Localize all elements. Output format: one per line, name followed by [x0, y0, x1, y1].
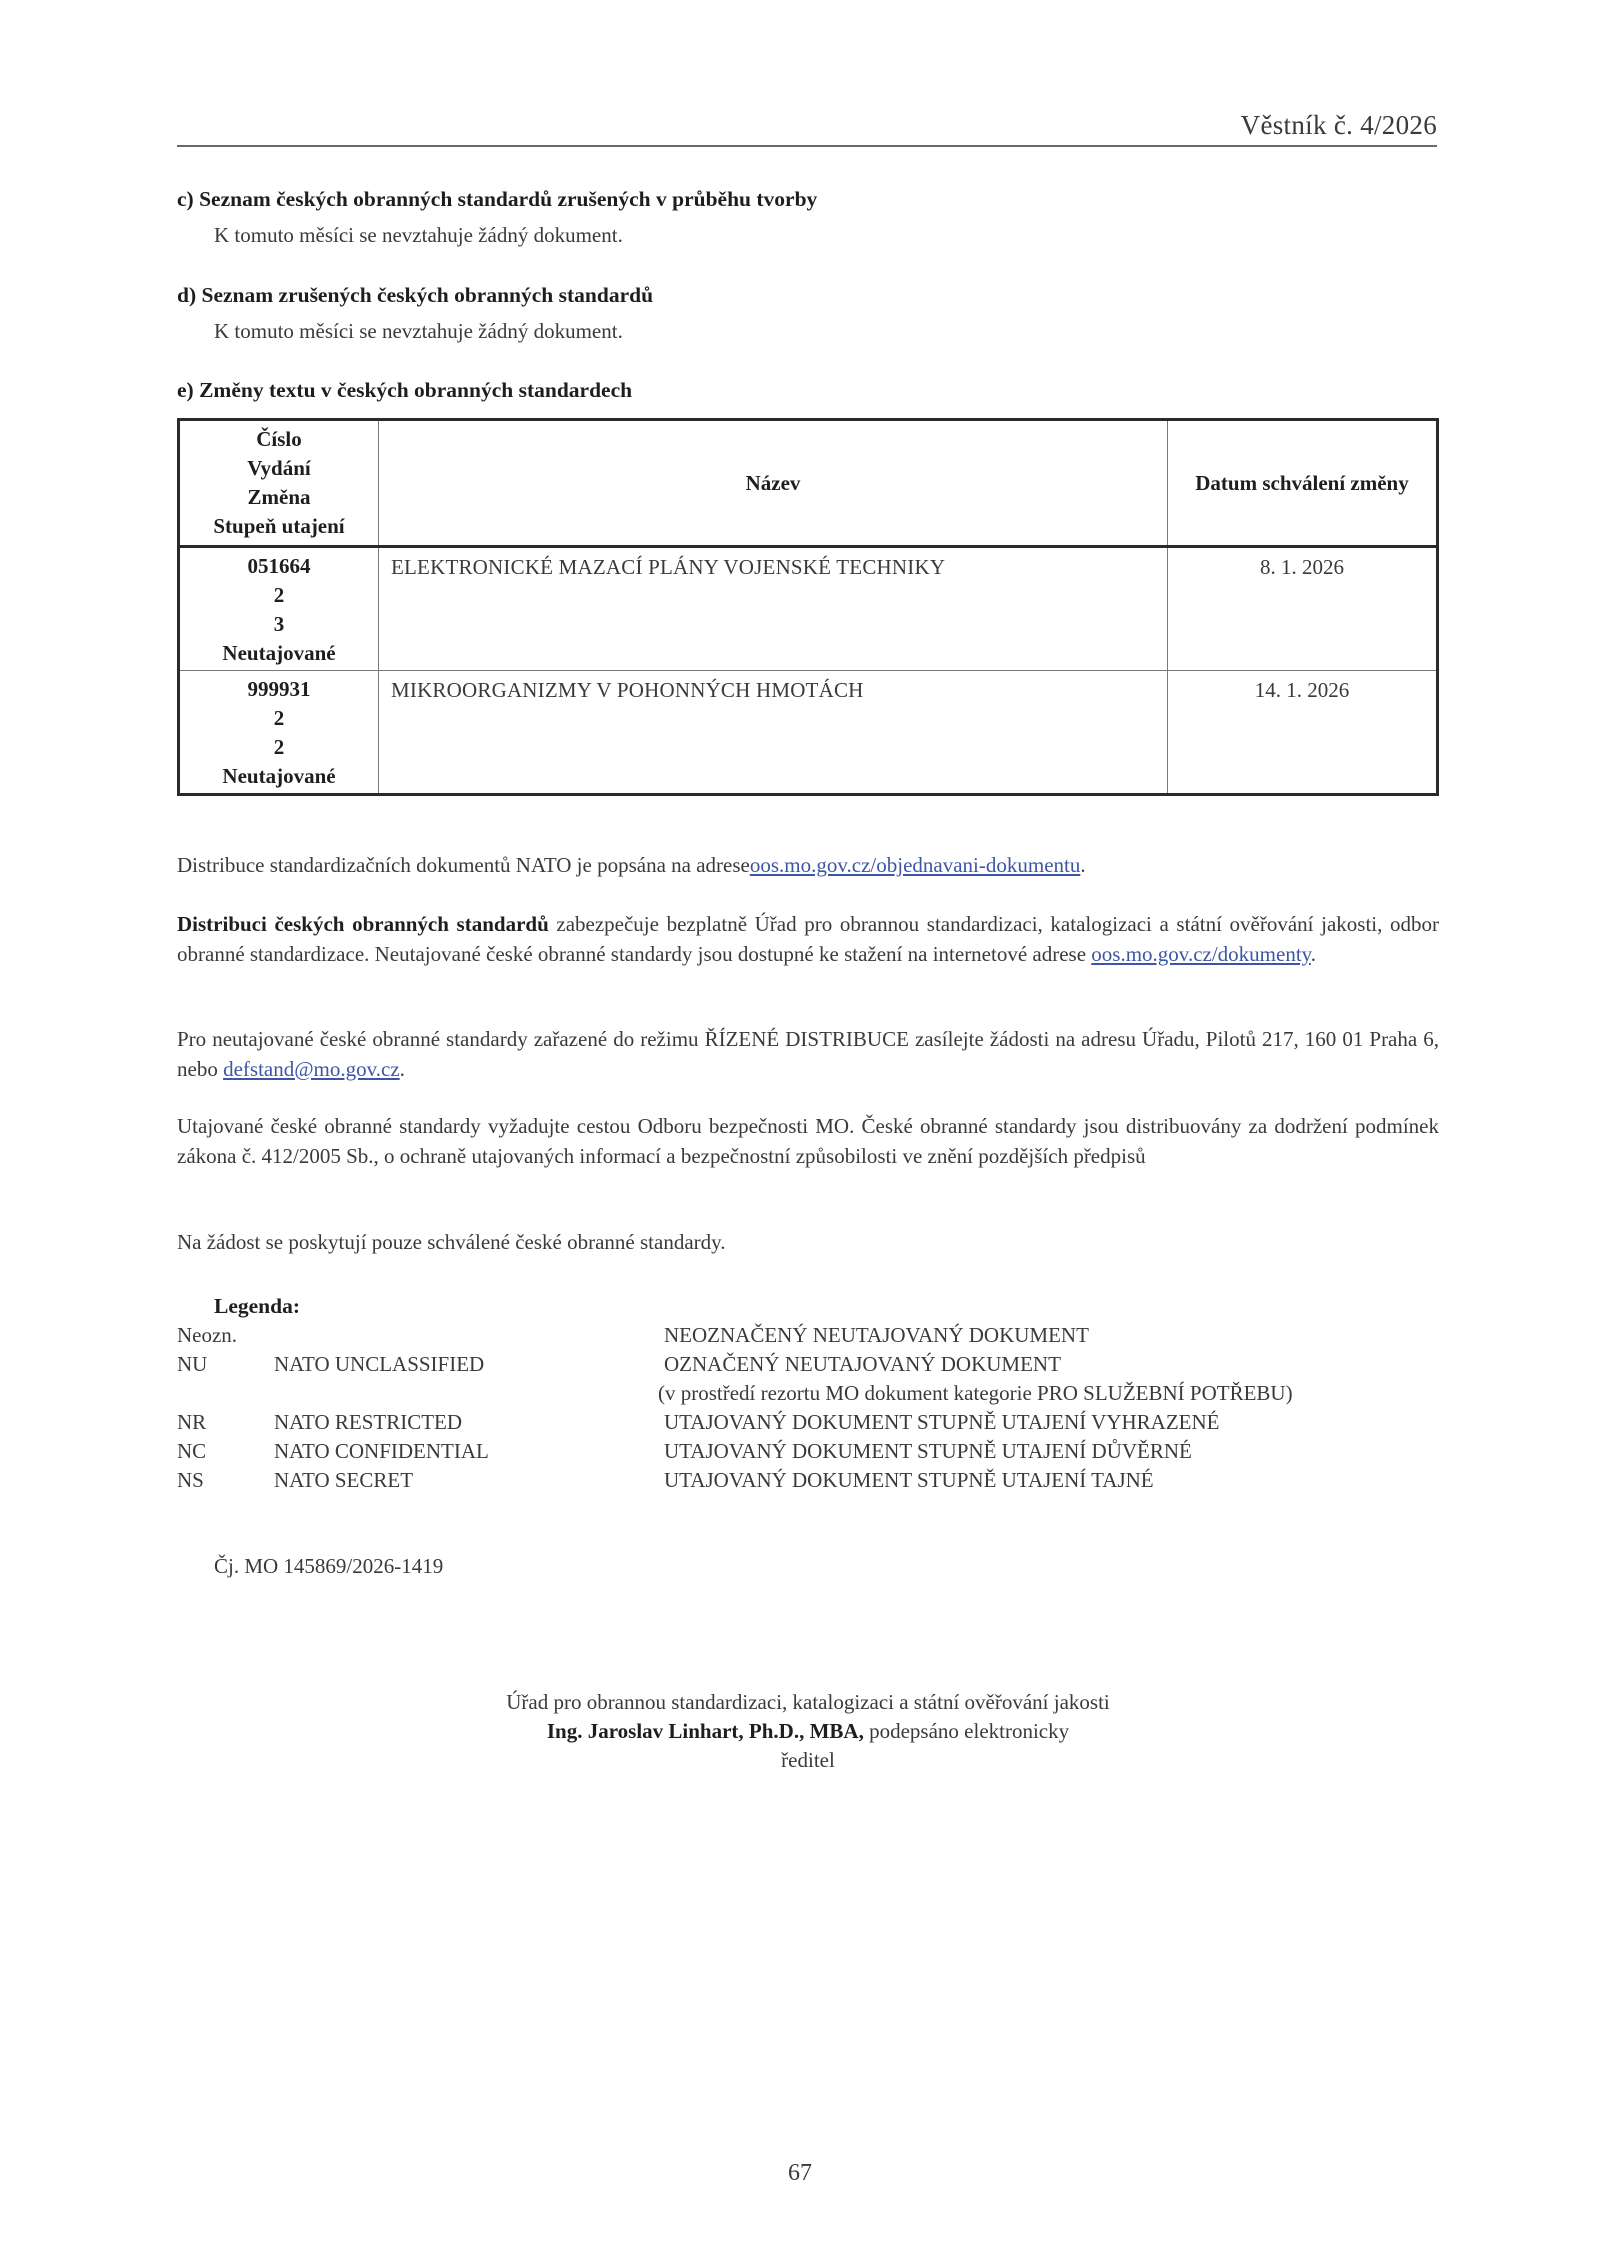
email-link[interactable]: defstand@mo.gov.cz — [223, 1057, 400, 1081]
classified-paragraph: Utajované české obranné standardy vyžadu… — [177, 1112, 1439, 1171]
header-number-block: Číslo Vydání Změna Stupeň utajení — [179, 420, 379, 547]
header-classification: Stupeň utajení — [180, 512, 378, 541]
header-change: Změna — [180, 483, 378, 512]
documents-link[interactable]: oos.mo.gov.cz/dokumenty — [1091, 942, 1311, 966]
signatory-role: ředitel — [177, 1748, 1439, 1773]
nato-distribution-text: Distribuce standardizačních dokumentů NA… — [177, 853, 750, 877]
header-name: Název — [379, 420, 1168, 547]
edition: 2 — [180, 581, 378, 610]
cos-distribution-paragraph: Distribuci českých obranných standardů z… — [177, 910, 1439, 969]
legend-row: NU NATO UNCLASSIFIED OZNAČENÝ NEUTAJOVAN… — [177, 1352, 1439, 1381]
punctuation: . — [1080, 853, 1085, 877]
legend-description: UTAJOVANÝ DOKUMENT STUPNĚ UTAJENÍ DŮVĚRN… — [664, 1439, 1192, 1464]
signature-office: Úřad pro obrannou standardizaci, katalog… — [177, 1690, 1439, 1715]
controlled-distribution-paragraph: Pro neutajované české obranné standardy … — [177, 1025, 1439, 1084]
edition: 2 — [180, 704, 378, 733]
section-heading-e: e) Změny textu v českých obranných stand… — [177, 378, 632, 403]
standard-name: MIKROORGANIZMY V POHONNÝCH HMOTÁCH — [379, 671, 1168, 795]
legend-nato: NATO RESTRICTED — [274, 1410, 462, 1435]
legend-code: NR — [177, 1410, 206, 1435]
page-number: 67 — [0, 2160, 1600, 2187]
header-date: Datum schválení změny — [1168, 420, 1438, 547]
table-header-row: Číslo Vydání Změna Stupeň utajení Název … — [179, 420, 1438, 547]
standard-name: ELEKTRONICKÉ MAZACÍ PLÁNY VOJENSKÉ TECHN… — [379, 547, 1168, 671]
legend-title: Legenda: — [214, 1294, 300, 1319]
legend-code: Neozn. — [177, 1323, 237, 1348]
section-note-d: K tomuto měsíci se nevztahuje žádný doku… — [214, 319, 623, 344]
legend-description: (v prostředí rezortu MO dokument kategor… — [658, 1381, 1293, 1406]
standard-number: 051664 — [180, 552, 378, 581]
number-cell: 999931 2 2 Neutajované — [179, 671, 379, 795]
legend-nato: NATO CONFIDENTIAL — [274, 1439, 489, 1464]
header-edition: Vydání — [180, 454, 378, 483]
legend-description: OZNAČENÝ NEUTAJOVANÝ DOKUMENT — [664, 1352, 1061, 1377]
section-note-c: K tomuto měsíci se nevztahuje žádný doku… — [214, 223, 623, 248]
section-heading-c: c) Seznam českých obranných standardů zr… — [177, 187, 817, 212]
header-divider — [177, 145, 1437, 147]
approval-date: 14. 1. 2026 — [1168, 671, 1438, 795]
reference-number: Čj. MO 145869/2026-1419 — [214, 1554, 443, 1579]
changes-table: Číslo Vydání Změna Stupeň utajení Název … — [177, 418, 1439, 796]
nato-distribution-paragraph: Distribuce standardizačních dokumentů NA… — [177, 851, 1439, 881]
change: 2 — [180, 733, 378, 762]
section-heading-d: d) Seznam zrušených českých obranných st… — [177, 283, 653, 308]
legend-row: NR NATO RESTRICTED UTAJOVANÝ DOKUMENT ST… — [177, 1410, 1439, 1439]
approval-date: 8. 1. 2026 — [1168, 547, 1438, 671]
nato-ordering-link[interactable]: oos.mo.gov.cz/objednavani-dokumentu — [750, 853, 1080, 877]
punctuation: . — [1311, 942, 1316, 966]
cos-distribution-bold: Distribuci českých obranných standardů — [177, 912, 549, 936]
table-row: 999931 2 2 Neutajované MIKROORGANIZMY V … — [179, 671, 1438, 795]
classification: Neutajované — [180, 762, 378, 791]
classification: Neutajované — [180, 639, 378, 668]
signed-note: podepsáno elektronicky — [864, 1719, 1069, 1743]
punctuation: . — [400, 1057, 405, 1081]
legend-nato: NATO UNCLASSIFIED — [274, 1352, 484, 1377]
legend-code: NU — [177, 1352, 207, 1377]
bulletin-title: Věstník č. 4/2026 — [1241, 110, 1437, 141]
legend-row: Neozn. NEOZNAČENÝ NEUTAJOVANÝ DOKUMENT — [177, 1323, 1439, 1352]
legend-description: NEOZNAČENÝ NEUTAJOVANÝ DOKUMENT — [664, 1323, 1089, 1348]
legend-code: NS — [177, 1468, 204, 1493]
legend-nato: NATO SECRET — [274, 1468, 413, 1493]
signature-line: Ing. Jaroslav Linhart, Ph.D., MBA, podep… — [177, 1719, 1439, 1744]
change: 3 — [180, 610, 378, 639]
header-number: Číslo — [180, 425, 378, 454]
legend-description: UTAJOVANÝ DOKUMENT STUPNĚ UTAJENÍ VYHRAZ… — [664, 1410, 1219, 1435]
table-row: 051664 2 3 Neutajované ELEKTRONICKÉ MAZA… — [179, 547, 1438, 671]
legend-row-note: (v prostředí rezortu MO dokument kategor… — [177, 1381, 1439, 1410]
approved-only-paragraph: Na žádost se poskytují pouze schválené č… — [177, 1228, 1439, 1258]
signatory-name: Ing. Jaroslav Linhart, Ph.D., MBA, — [547, 1719, 864, 1743]
standard-number: 999931 — [180, 675, 378, 704]
legend-code: NC — [177, 1439, 206, 1464]
legend-description: UTAJOVANÝ DOKUMENT STUPNĚ UTAJENÍ TAJNÉ — [664, 1468, 1154, 1493]
legend-row: NC NATO CONFIDENTIAL UTAJOVANÝ DOKUMENT … — [177, 1439, 1439, 1468]
number-cell: 051664 2 3 Neutajované — [179, 547, 379, 671]
legend-row: NS NATO SECRET UTAJOVANÝ DOKUMENT STUPNĚ… — [177, 1468, 1439, 1497]
